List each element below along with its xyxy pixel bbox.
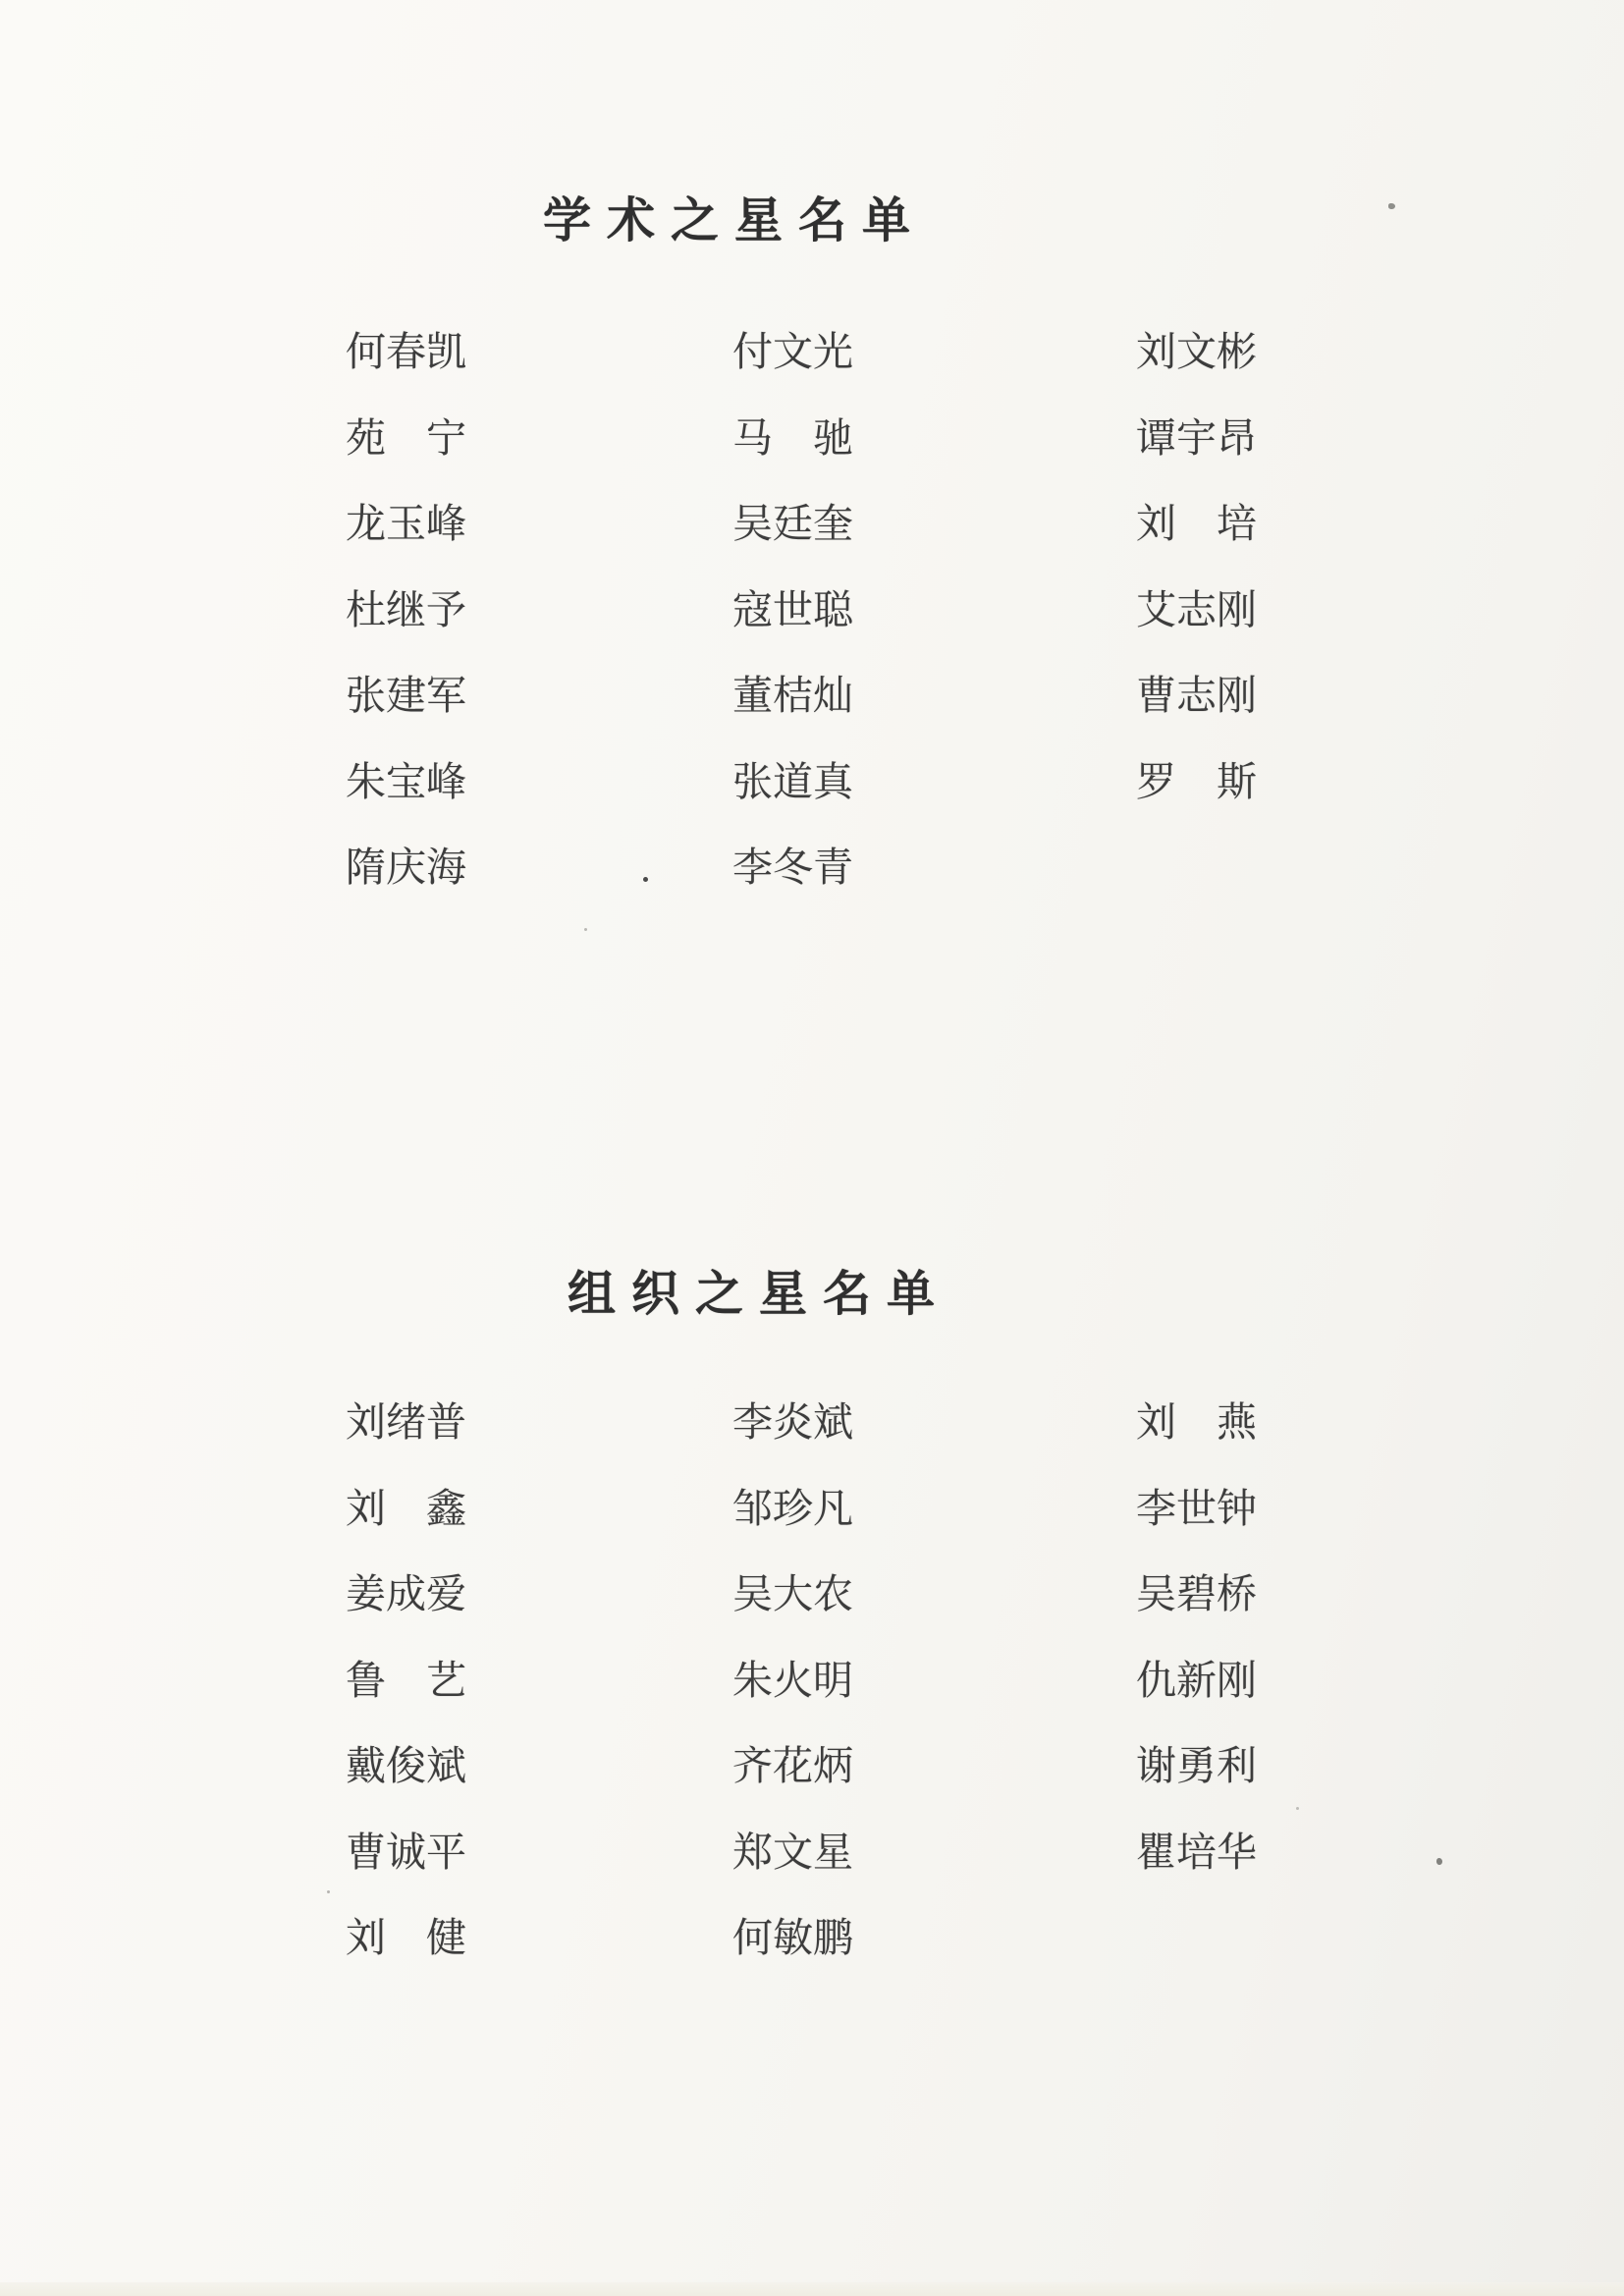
name-item: 张道真 — [732, 758, 1027, 845]
name-item: 吴碧桥 — [1136, 1570, 1431, 1657]
academic-stars-title: 学术之星名单 — [543, 196, 926, 245]
name-item: 杜继予 — [346, 586, 640, 673]
name-item: 隋庆海 — [346, 844, 640, 930]
name-item: 曹诚平 — [346, 1829, 640, 1915]
scan-speck — [327, 1890, 330, 1893]
scanned-document-page: 学术之星名单 何春凯 苑 宁 龙玉峰 杜继予 张建军 朱宝峰 隋庆海 付文光 马… — [0, 0, 1624, 2296]
name-item: 刘 健 — [346, 1914, 640, 2000]
name-item: 谢勇利 — [1136, 1742, 1431, 1829]
name-item: 谭宇昂 — [1136, 414, 1431, 501]
name-item: 张建军 — [346, 672, 640, 758]
name-item: 齐花炳 — [732, 1742, 1027, 1829]
name-item: 刘 燕 — [1136, 1398, 1431, 1485]
name-item: 付文光 — [732, 328, 1027, 414]
academic-stars-column-2: 付文光 马 驰 吴廷奎 寇世聪 董桔灿 张道真 李冬青 — [732, 328, 1027, 930]
name-item: 郑文星 — [732, 1829, 1027, 1915]
academic-stars-column-3: 刘文彬 谭宇昂 刘 培 艾志刚 曹志刚 罗 斯 — [1136, 328, 1431, 844]
name-item: 董桔灿 — [732, 672, 1027, 758]
name-item: 朱火明 — [732, 1657, 1027, 1743]
organization-stars-column-2: 李炎斌 邹珍凡 吴大农 朱火明 齐花炳 郑文星 何敏鹏 — [732, 1398, 1027, 2000]
scan-speck — [584, 928, 587, 931]
name-item: 朱宝峰 — [346, 758, 640, 845]
name-item: 刘 鑫 — [346, 1485, 640, 1571]
name-item: 何春凯 — [346, 328, 640, 414]
organization-stars-title: 组织之星名单 — [568, 1270, 950, 1318]
name-item: 戴俊斌 — [346, 1742, 640, 1829]
name-item: 吴大农 — [732, 1570, 1027, 1657]
name-item: 曹志刚 — [1136, 672, 1431, 758]
name-item: 吴廷奎 — [732, 500, 1027, 586]
name-item: 何敏鹏 — [732, 1914, 1027, 2000]
organization-stars-column-3: 刘 燕 李世钟 吴碧桥 仇新刚 谢勇利 瞿培华 — [1136, 1398, 1431, 1914]
name-item: 鲁 艺 — [346, 1657, 640, 1743]
organization-stars-column-1: 刘绪普 刘 鑫 姜成爱 鲁 艺 戴俊斌 曹诚平 刘 健 — [346, 1398, 640, 2000]
name-item: 刘 培 — [1136, 500, 1431, 586]
name-item: 苑 宁 — [346, 414, 640, 501]
name-item: 刘绪普 — [346, 1398, 640, 1485]
name-item: 罗 斯 — [1136, 758, 1431, 845]
name-item: 李冬青 — [732, 844, 1027, 930]
name-item: 龙玉峰 — [346, 500, 640, 586]
name-item: 姜成爱 — [346, 1570, 640, 1657]
academic-stars-column-1: 何春凯 苑 宁 龙玉峰 杜继予 张建军 朱宝峰 隋庆海 — [346, 328, 640, 930]
name-item: 瞿培华 — [1136, 1829, 1431, 1915]
scan-speck — [1388, 203, 1395, 209]
name-item: 李世钟 — [1136, 1485, 1431, 1571]
name-item: 邹珍凡 — [732, 1485, 1027, 1571]
name-item: 艾志刚 — [1136, 586, 1431, 673]
name-item: 寇世聪 — [732, 586, 1027, 673]
scan-speck — [1296, 1807, 1299, 1810]
name-item: 仇新刚 — [1136, 1657, 1431, 1743]
name-item: 刘文彬 — [1136, 328, 1431, 414]
name-item: 李炎斌 — [732, 1398, 1027, 1485]
scan-speck — [643, 877, 648, 882]
scan-speck — [1436, 1858, 1442, 1865]
name-item: 马 驰 — [732, 414, 1027, 501]
